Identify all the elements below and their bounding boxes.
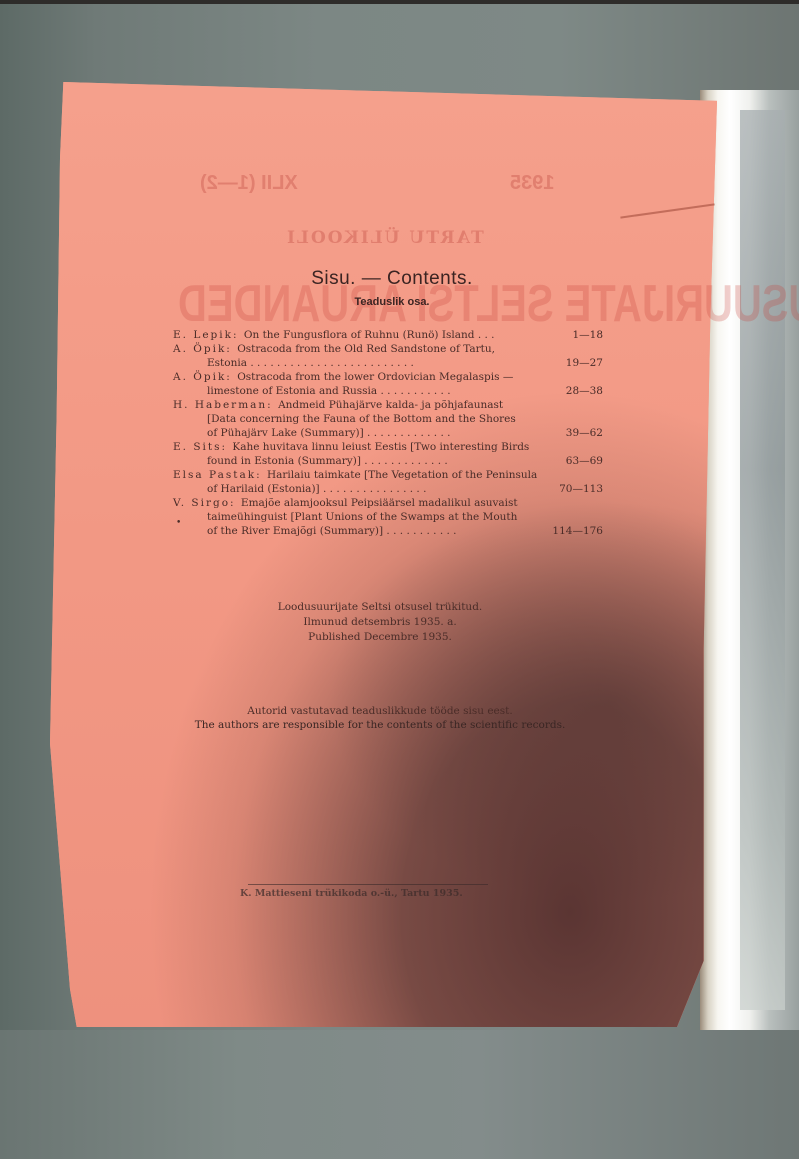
stray-mark: •	[176, 518, 181, 528]
toc-title-text: Emajõe alamjooksul Peipsiäärsel madaliku…	[241, 497, 518, 509]
disclaimer-estonian: Autorid vastutavad teaduslikkude tööde s…	[170, 704, 590, 718]
toc-entry-line: of Harilaid (Estonia)] . . . . . . . . .…	[173, 482, 603, 496]
toc-page-range: 28—38	[566, 384, 603, 398]
toc-title-text: found in Estonia (Summary)] . . . . . . …	[207, 455, 448, 467]
toc-page-range: 39—62	[566, 426, 603, 440]
toc-title-text: of the River Emajõgi (Summary)] . . . . …	[207, 525, 457, 537]
toc-title-text: On the Fungusflora of Ruhnu (Runö) Islan…	[244, 329, 495, 341]
toc-entry-line: of Pühajärv Lake (Summary)] . . . . . . …	[173, 426, 603, 440]
cover-content: Sisu. — Contents. Teaduslik osa. E. Lepi…	[0, 0, 799, 1159]
imprint-line: Ilmunud detsembris 1935. a.	[230, 615, 530, 630]
toc-entry-line: E. Sits: Kahe huvitava linnu leiust Eest…	[173, 440, 603, 454]
toc-page-range: 19—27	[566, 356, 603, 370]
toc-entry-line: V. Sirgo: Emajõe alamjooksul Peipsiäärse…	[173, 496, 603, 510]
toc-entry: A. Öpik: Ostracoda from the lower Ordovi…	[173, 370, 603, 398]
toc-title-text: Andmeid Pühajärve kalda- ja põhjafaunast	[278, 399, 503, 411]
toc-author: Elsa Pastak:	[173, 469, 267, 481]
toc-author: E. Lepik:	[173, 329, 244, 341]
printer-credit: K. Mattieseni trükikoda o.-ü., Tartu 193…	[240, 888, 500, 899]
toc-entry-line: Estonia . . . . . . . . . . . . . . . . …	[173, 356, 603, 370]
toc-author: A. Öpik:	[173, 343, 237, 355]
toc-entry-line: H. Haberman: Andmeid Pühajärve kalda- ja…	[173, 398, 603, 412]
toc-author: E. Sits:	[173, 441, 232, 453]
toc-title-text: Ostracoda from the Old Red Sandstone of …	[237, 343, 495, 355]
toc-entry-line: E. Lepik: On the Fungusflora of Ruhnu (R…	[173, 328, 603, 342]
toc-title-text: Estonia . . . . . . . . . . . . . . . . …	[207, 357, 414, 369]
toc-title-text: [Data concerning the Fauna of the Bottom…	[207, 413, 516, 425]
toc-title-text: Harilaiu taimkate [The Vegetation of the…	[267, 469, 537, 481]
toc-entry: E. Lepik: On the Fungusflora of Ruhnu (R…	[173, 328, 603, 342]
toc-title-text: of Pühajärv Lake (Summary)] . . . . . . …	[207, 427, 451, 439]
toc-entry: V. Sirgo: Emajõe alamjooksul Peipsiäärse…	[173, 496, 603, 538]
toc-entry: H. Haberman: Andmeid Pühajärve kalda- ja…	[173, 398, 603, 440]
contents-title: Sisu. — Contents.	[282, 268, 502, 290]
toc-entry-line: of the River Emajõgi (Summary)] . . . . …	[173, 524, 603, 538]
toc-entry: Elsa Pastak: Harilaiu taimkate [The Vege…	[173, 468, 603, 496]
toc-page-range: 63—69	[566, 454, 603, 468]
toc-entry: A. Öpik: Ostracoda from the Old Red Sand…	[173, 342, 603, 370]
toc-page-range: 70—113	[559, 482, 603, 496]
toc-author: A. Öpik:	[173, 371, 237, 383]
toc-title-text: of Harilaid (Estonia)] . . . . . . . . .…	[207, 483, 426, 495]
toc-page-range: 1—18	[572, 328, 603, 342]
toc-entry-line: limestone of Estonia and Russia . . . . …	[173, 384, 603, 398]
disclaimer: Autorid vastutavad teaduslikkude tööde s…	[170, 704, 590, 732]
toc-entry-line: A. Öpik: Ostracoda from the lower Ordovi…	[173, 370, 603, 384]
toc-author: H. Haberman:	[173, 399, 278, 411]
toc-title-text: limestone of Estonia and Russia . . . . …	[207, 385, 451, 397]
printer-rule	[248, 884, 488, 885]
table-of-contents: E. Lepik: On the Fungusflora of Ruhnu (R…	[173, 328, 603, 538]
disclaimer-english: The authors are responsible for the cont…	[170, 718, 590, 732]
toc-page-range: 114—176	[552, 524, 603, 538]
toc-title-text: Ostracoda from the lower Ordovician Mega…	[237, 371, 513, 383]
toc-author: V. Sirgo:	[173, 497, 241, 509]
toc-entry-line: [Data concerning the Fauna of the Bottom…	[173, 412, 603, 426]
toc-entry-line: found in Estonia (Summary)] . . . . . . …	[173, 454, 603, 468]
imprint: Loodusuurijate Seltsi otsusel trükitud. …	[230, 600, 530, 645]
imprint-line: Loodusuurijate Seltsi otsusel trükitud.	[230, 600, 530, 615]
toc-entry-line: taimeühinguist [Plant Unions of the Swam…	[173, 510, 603, 524]
toc-entry: E. Sits: Kahe huvitava linnu leiust Eest…	[173, 440, 603, 468]
toc-entry-line: A. Öpik: Ostracoda from the Old Red Sand…	[173, 342, 603, 356]
toc-title-text: taimeühinguist [Plant Unions of the Swam…	[207, 511, 517, 523]
toc-title-text: Kahe huvitava linnu leiust Eestis [Two i…	[232, 441, 529, 453]
section-heading: Teaduslik osa.	[282, 296, 502, 308]
toc-entry-line: Elsa Pastak: Harilaiu taimkate [The Vege…	[173, 468, 603, 482]
imprint-line: Published Decembre 1935.	[230, 630, 530, 645]
